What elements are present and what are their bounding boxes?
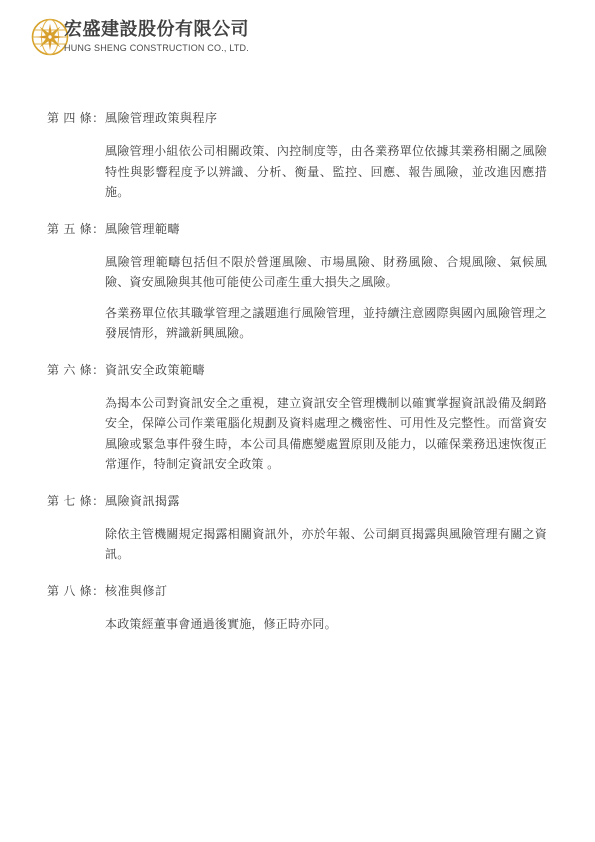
company-names: 宏盛建設股份有限公司 HUNG SHENG CONSTRUCTION CO., … <box>64 19 249 54</box>
article-paragraph: 各業務單位依其職掌管理之議題進行風險管理，並持續注意國際與國內風險管理之發展情形… <box>105 303 547 344</box>
article-number: 第 七 條： <box>47 493 105 509</box>
company-name-zh: 宏盛建設股份有限公司 <box>64 19 249 41</box>
article-number: 第 四 條： <box>47 110 105 126</box>
article-5-heading: 第 五 條： 風險管理範疇 <box>47 221 547 237</box>
article-8-heading: 第 八 條： 核准與修訂 <box>47 583 547 599</box>
article-title: 風險管理政策與程序 <box>105 110 547 126</box>
article-paragraph: 為揭本公司對資訊安全之重視，建立資訊安全管理機制以確實掌握資訊設備及網路安全，保… <box>105 393 547 475</box>
company-name-en: HUNG SHENG CONSTRUCTION CO., LTD. <box>64 42 249 54</box>
article-title: 風險資訊揭露 <box>105 493 547 509</box>
policy-articles: 第 四 條： 風險管理政策與程序 風險管理小組依公司相關政策、內控制度等，由各業… <box>47 110 547 652</box>
document-page: 宏盛建設股份有限公司 HUNG SHENG CONSTRUCTION CO., … <box>0 0 595 842</box>
article-title: 資訊安全政策範疇 <box>105 362 547 378</box>
article-title: 核准與修訂 <box>105 583 547 599</box>
article-paragraph: 本政策經董事會通過後實施，修正時亦同。 <box>105 614 547 635</box>
article-4: 第 四 條： 風險管理政策與程序 風險管理小組依公司相關政策、內控制度等，由各業… <box>47 110 547 203</box>
article-6: 第 六 條： 資訊安全政策範疇 為揭本公司對資訊安全之重視，建立資訊安全管理機制… <box>47 362 547 475</box>
article-number: 第 五 條： <box>47 221 105 237</box>
article-paragraph: 風險管理小組依公司相關政策、內控制度等，由各業務單位依據其業務相關之風險特性與影… <box>105 141 547 203</box>
article-5: 第 五 條： 風險管理範疇 風險管理範疇包括但不限於營運風險、市場風險、財務風險… <box>47 221 547 344</box>
article-8: 第 八 條： 核准與修訂 本政策經董事會通過後實施，修正時亦同。 <box>47 583 547 635</box>
article-paragraph: 風險管理範疇包括但不限於營運風險、市場風險、財務風險、合規風險、氣候風險、資安風… <box>105 252 547 293</box>
article-4-heading: 第 四 條： 風險管理政策與程序 <box>47 110 547 126</box>
article-7-heading: 第 七 條： 風險資訊揭露 <box>47 493 547 509</box>
article-6-heading: 第 六 條： 資訊安全政策範疇 <box>47 362 547 378</box>
article-title: 風險管理範疇 <box>105 221 547 237</box>
article-paragraph: 除依主管機關規定揭露相關資訊外，亦於年報、公司網頁揭露與風險管理有關之資訊。 <box>105 524 547 565</box>
article-number: 第 六 條： <box>47 362 105 378</box>
article-7: 第 七 條： 風險資訊揭露 除依主管機關規定揭露相關資訊外，亦於年報、公司網頁揭… <box>47 493 547 565</box>
article-number: 第 八 條： <box>47 583 105 599</box>
